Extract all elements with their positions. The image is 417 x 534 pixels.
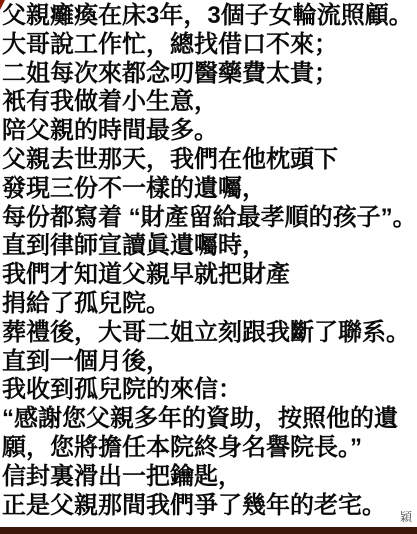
story-text-block: 父親癱瘓在床3年，3個子女輪流照顧。 大哥說工作忙，總找借口不來； 二姐每次來都… [2, 2, 417, 520]
story-line: 正是父親那間我們爭了幾年的老宅。 [2, 492, 417, 521]
story-line: 葬禮後，大哥二姐立刻跟我斷了聯系。 [2, 319, 417, 348]
story-line: 直到一個月後， [2, 348, 417, 377]
signature-watermark: 穎 [400, 511, 412, 523]
story-line: 我們才知道父親早就把財產 [2, 261, 417, 290]
story-line: “感謝您父親多年的資助，按照他的遺 [2, 405, 417, 434]
story-line: 父親去世那天，我們在他枕頭下 [2, 146, 417, 175]
story-line: 直到律師宣讀眞遺囑時， [2, 232, 417, 261]
story-line: 信封裏滑出一把鑰匙， [2, 463, 417, 492]
story-line: 大哥說工作忙，總找借口不來； [2, 31, 417, 60]
story-line: 每份都寫着 “財產留給最孝順的孩子”。 [2, 204, 417, 233]
bottom-bar [0, 527, 417, 534]
story-line: 捐給了孤兒院。 [2, 290, 417, 319]
story-line: 陪父親的時間最多。 [2, 117, 417, 146]
story-line: 發現三份不一樣的遺囑， [2, 175, 417, 204]
story-line: 衹有我做着小生意， [2, 88, 417, 117]
story-line: 願，您將擔任本院終身名譽院長。” [2, 434, 417, 463]
story-image-page: 父親癱瘓在床3年，3個子女輪流照顧。 大哥說工作忙，總找借口不來； 二姐每次來都… [0, 0, 417, 534]
story-line: 二姐每次來都念叨醫藥費太貴； [2, 60, 417, 89]
story-line: 我收到孤兒院的來信： [2, 376, 417, 405]
story-line: 父親癱瘓在床3年，3個子女輪流照顧。 [2, 2, 417, 31]
